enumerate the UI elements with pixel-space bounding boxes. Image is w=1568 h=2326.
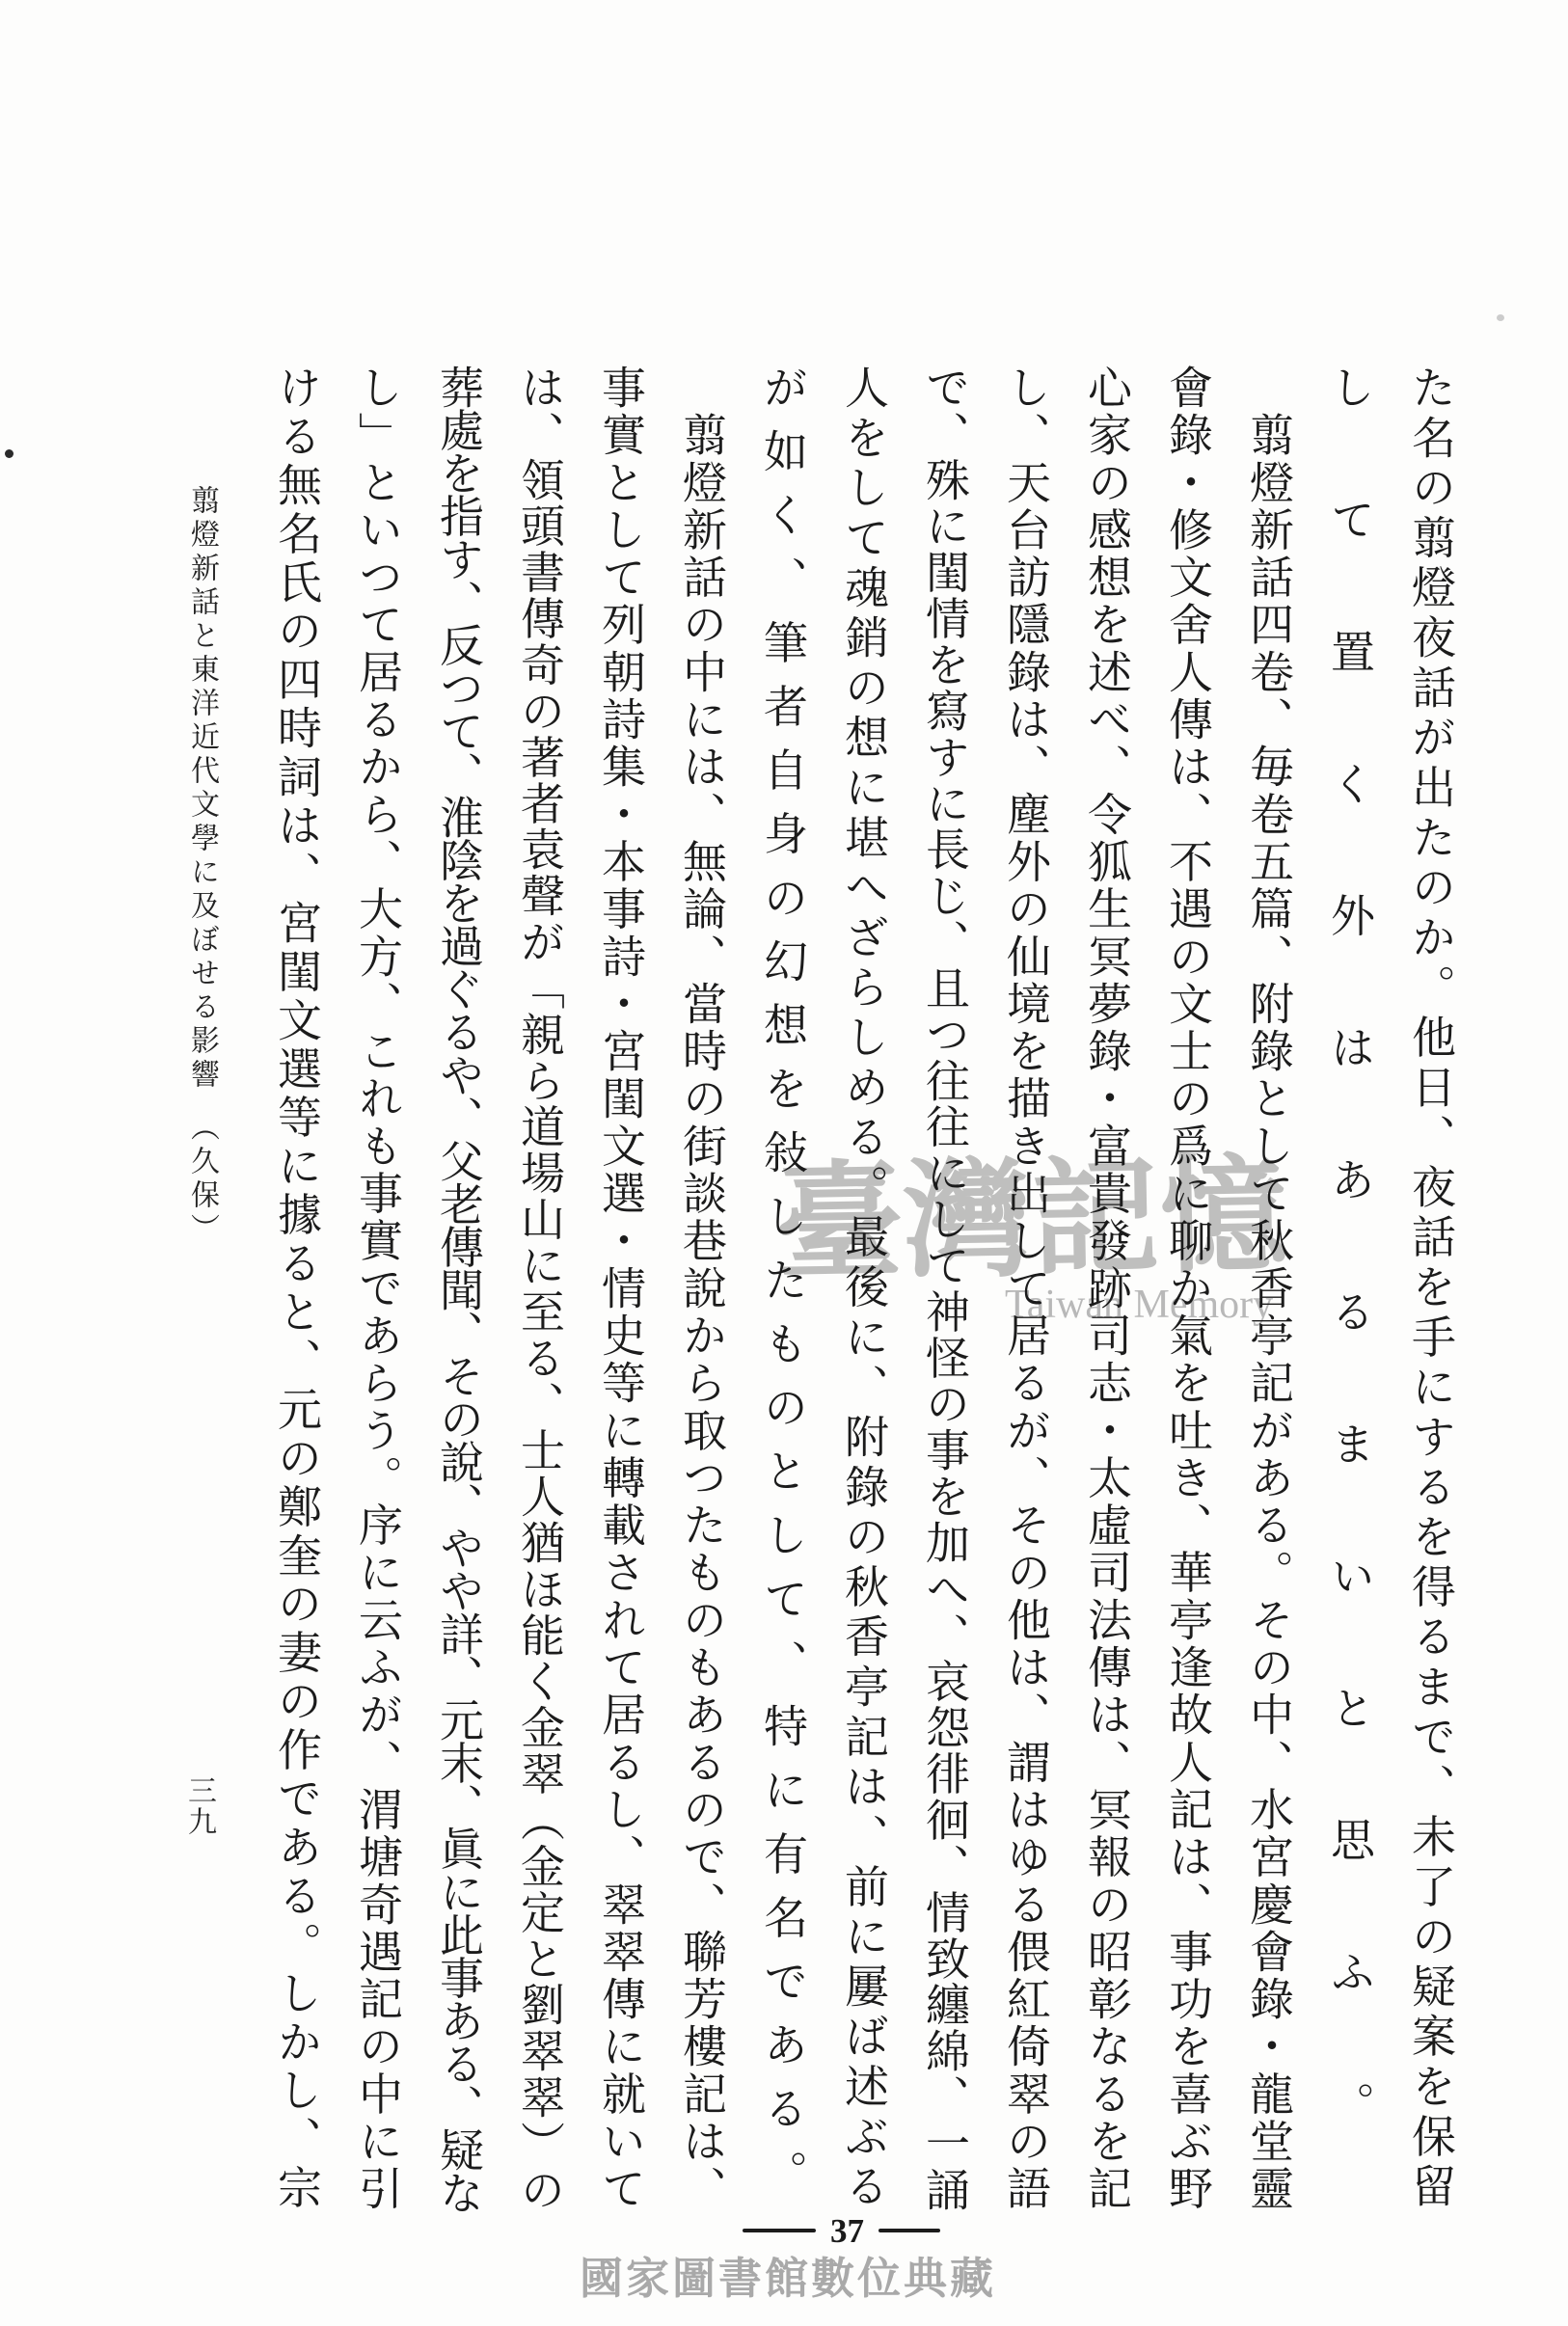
scan-artifact — [5, 449, 14, 458]
text-column: 人をして魂銷の想に堪へざらしめる。最後に、附錄の秋香亭記は、前に屢ば述ぶる — [841, 365, 885, 2213]
body-text-block: た名の翦燈夜話が出たのか。他日、夜話を手にするを得るまで、未了の疑案を保留して置… — [237, 365, 1452, 2213]
text-column: 心家の感想を述べ、令狐生冥夢錄・富貴發跡司志・太虛司法傳は、冥報の昭彰なるを記 — [1084, 365, 1128, 2213]
text-column: 事實として列朝詩集・本事詩・宮閨文選・情史等に轉載されて居るし、翠翠傳に就いて — [598, 365, 642, 2213]
page-number-rule-left — [743, 2229, 816, 2232]
scan-artifact — [1497, 314, 1504, 321]
text-column: で、殊に閨情を寫すに長じ、且つ往往にして神怪の事を加へ、哀怨徘徊、情致纏綿、一誦 — [922, 365, 966, 2213]
text-column: して置く外はあるまいと思ふ。 — [1327, 365, 1371, 2213]
text-column: は、領頭書傳奇の著者袁聲が「親ら道場山に至る、士人猶ほ能く金翠（金定と劉翠翠）の — [517, 365, 561, 2213]
text-column: し、天台訪隱錄は、塵外の仙境を描き出して居るが、その他は、謂はゆる偎紅倚翠の語 — [1003, 365, 1047, 2213]
page-number-rule-right — [879, 2229, 940, 2232]
scanned-page: 臺灣記憶 Taiwan Memory た名の翦燈夜話が出たのか。他日、夜話を手に… — [0, 0, 1568, 2326]
page-number-row: 37 — [743, 2210, 951, 2251]
text-column: 翦燈新話四卷、毎卷五篇、附錄として秋香亭記がある。その中、水宮慶會錄・龍堂靈 — [1246, 365, 1290, 2213]
text-column: 會錄・修文舍人傳は、不遇の文士の爲に聊か氣を吐き、華亭逢故人記は、事功を喜ぶ野 — [1165, 365, 1209, 2213]
text-column: 翦燈新話の中には、無論、當時の街談巷說から取つたものもあるので、聯芳樓記は、 — [679, 365, 723, 2213]
page-number: 37 — [830, 2214, 864, 2248]
running-title: 翦燈新話と東洋近代文學に及ぼせる影響 （久保） — [187, 485, 216, 1247]
text-column: ける無名氏の四時詞は、宮閨文選等に據ると、元の鄭奎の妻の作である。しかし、宗 — [274, 365, 318, 2213]
folio-number: 三九 — [184, 1775, 213, 1837]
text-column: が如く、筆者自身の幻想を敍したものとして、特に有名である。 — [760, 365, 804, 2213]
archive-watermark-label: 國家圖書館數位典藏 — [580, 2257, 996, 2300]
text-column: た名の翦燈夜話が出たのか。他日、夜話を手にするを得るまで、未了の疑案を保留 — [1408, 365, 1452, 2213]
text-column: し」といつて居るから、大方、これも事實であらう。序に云ふが、渭塘奇遇記の中に引 — [355, 365, 399, 2213]
text-column: 葬處を指す、反つて、淮陰を過ぐるや、父老傳聞、その說、やや詳、元末、眞に此事ある… — [436, 365, 480, 2213]
